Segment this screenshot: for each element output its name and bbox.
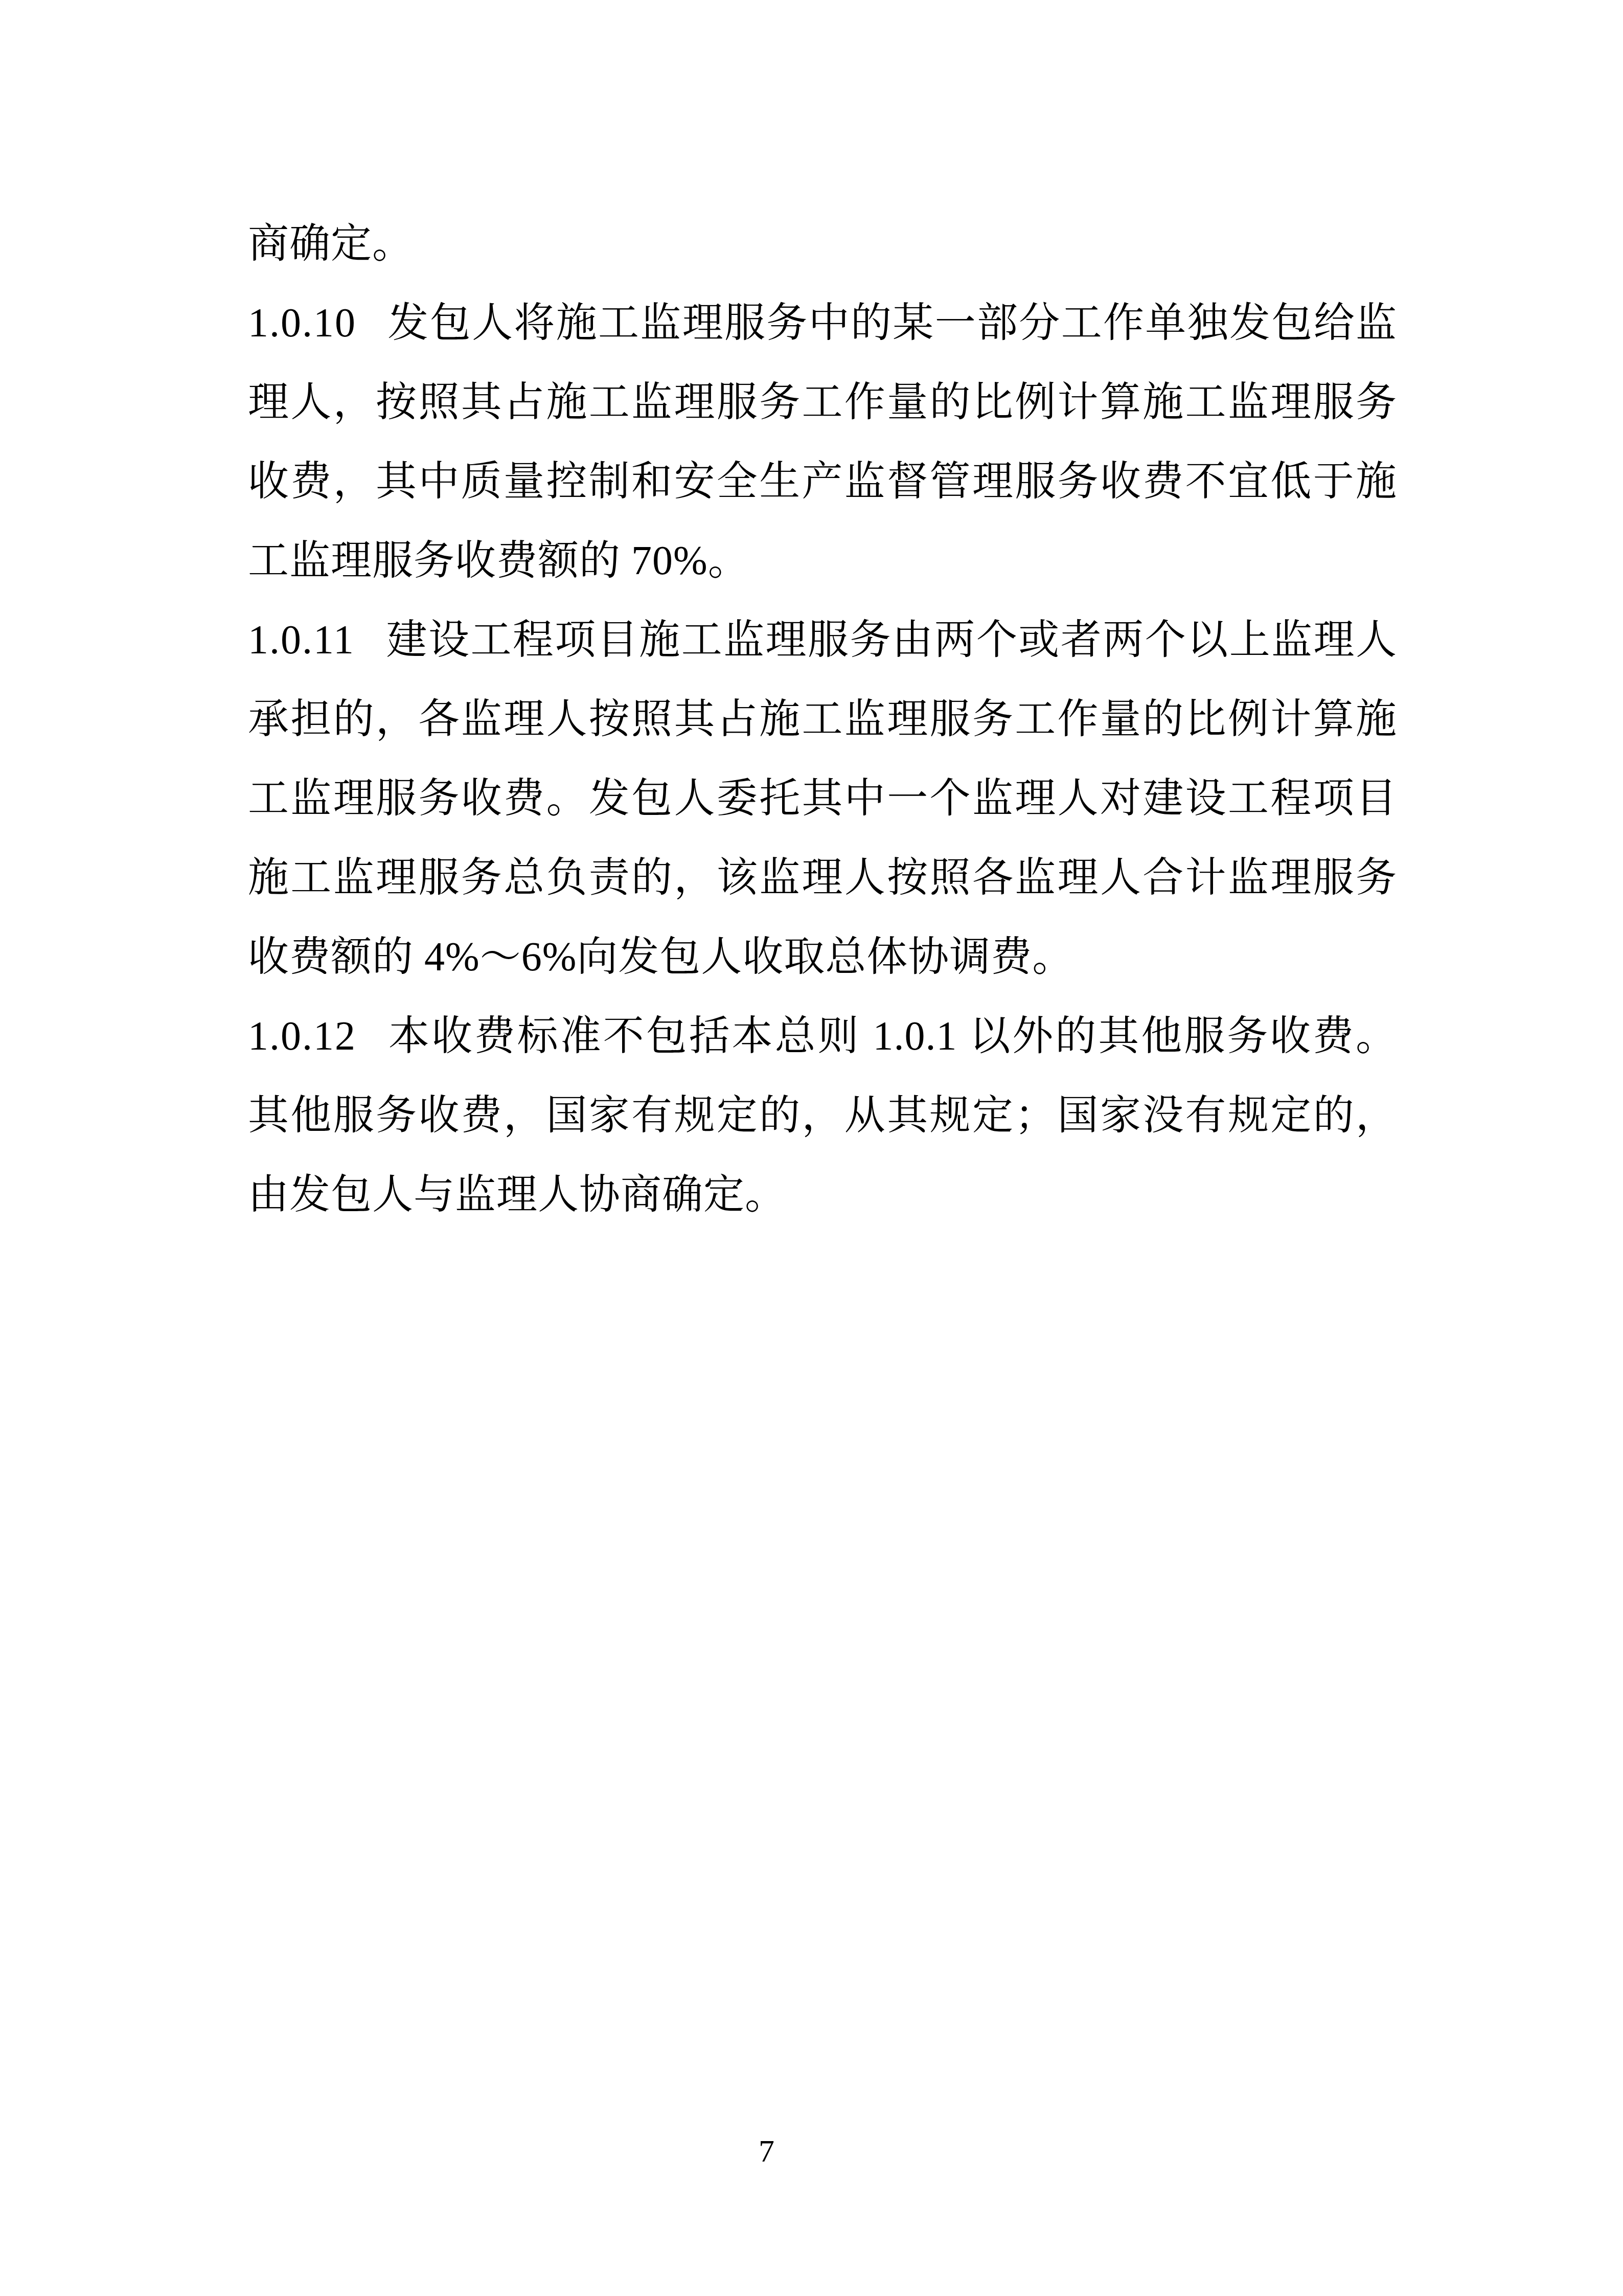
page-content: 商确定。 1.0.10发包人将施工监理服务中的某一部分工作单独发包给监理人，按照… [248,204,1397,1235]
paragraph-text: 发包人将施工监理服务中的某一部分工作单独发包给监理人，按照其占施工监理服务工作量… [248,301,1397,583]
paragraph-text: 商确定。 [248,221,414,266]
paragraph-1-0-12: 1.0.12本收费标准不包括本总则 1.0.1 以外的其他服务收费。其他服务收费… [248,997,1397,1235]
paragraph-text: 建设工程项目施工监理服务由两个或者两个以上监理人承担的，各监理人按照其占施工监理… [248,618,1397,980]
page-number: 7 [759,2131,774,2172]
section-number: 1.0.10 [248,284,356,363]
page-footer: 7 [0,2131,1623,2172]
paragraph-continuation: 商确定。 [248,204,1397,284]
paragraph-text: 本收费标准不包括本总则 1.0.1 以外的其他服务收费。其他服务收费，国家有规定… [248,1014,1397,1217]
section-number: 1.0.12 [248,997,356,1076]
section-number: 1.0.11 [248,601,355,680]
document-page: 商确定。 1.0.10发包人将施工监理服务中的某一部分工作单独发包给监理人，按照… [0,0,1623,2296]
paragraph-1-0-11: 1.0.11建设工程项目施工监理服务由两个或者两个以上监理人承担的，各监理人按照… [248,601,1397,997]
paragraph-1-0-10: 1.0.10发包人将施工监理服务中的某一部分工作单独发包给监理人，按照其占施工监… [248,284,1397,601]
